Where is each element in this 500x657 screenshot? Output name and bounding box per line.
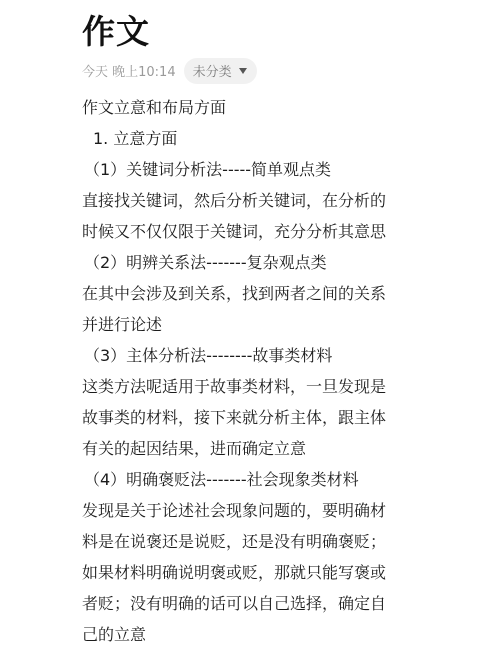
body-line: 故事类的材料，接下来就分析主体，跟主体 <box>82 402 422 433</box>
body-line: 有关的起因结果，进而确定立意 <box>82 433 422 464</box>
body-line: 料是在说褒还是说贬，还是没有明确褒贬； <box>82 526 422 557</box>
body-line: 时候又不仅仅限于关键词，充分分析其意思 <box>82 216 422 247</box>
body-line: 在其中会涉及到关系，找到两者之间的关系 <box>82 278 422 309</box>
note-timestamp: 今天 晚上10:14 <box>82 61 176 80</box>
note-title[interactable]: 作文 <box>82 12 150 52</box>
body-line: 1. 立意方面 <box>82 123 422 154</box>
category-label: 未分类 <box>193 61 232 80</box>
category-dropdown[interactable]: 未分类 <box>184 58 257 84</box>
body-line: 者贬；没有明确的话可以自己选择，确定自 <box>82 588 422 619</box>
note-meta: 今天 晚上10:14 未分类 <box>82 57 257 84</box>
body-line: 作文立意和布局方面 <box>82 92 422 123</box>
body-line: 发现是关于论述社会现象问题的，要明确材 <box>82 495 422 526</box>
body-line: 并进行论述 <box>82 309 422 340</box>
body-line: 如果材料明确说明褒或贬，那就只能写褒或 <box>82 557 422 588</box>
body-line: （1）关键词分析法-----简单观点类 <box>82 154 422 185</box>
note-body[interactable]: 作文立意和布局方面 1. 立意方面 （1）关键词分析法-----简单观点类 直接… <box>82 92 422 650</box>
body-line: （2）明辨关系法-------复杂观点类 <box>82 247 422 278</box>
body-line: （3）主体分析法--------故事类材料 <box>82 340 422 371</box>
body-line: 己的立意 <box>82 619 422 650</box>
caret-down-icon <box>239 68 247 74</box>
body-line: 直接找关键词，然后分析关键词，在分析的 <box>82 185 422 216</box>
body-line: （4）明确褒贬法-------社会现象类材料 <box>82 464 422 495</box>
body-line: 这类方法呢适用于故事类材料，一旦发现是 <box>82 371 422 402</box>
